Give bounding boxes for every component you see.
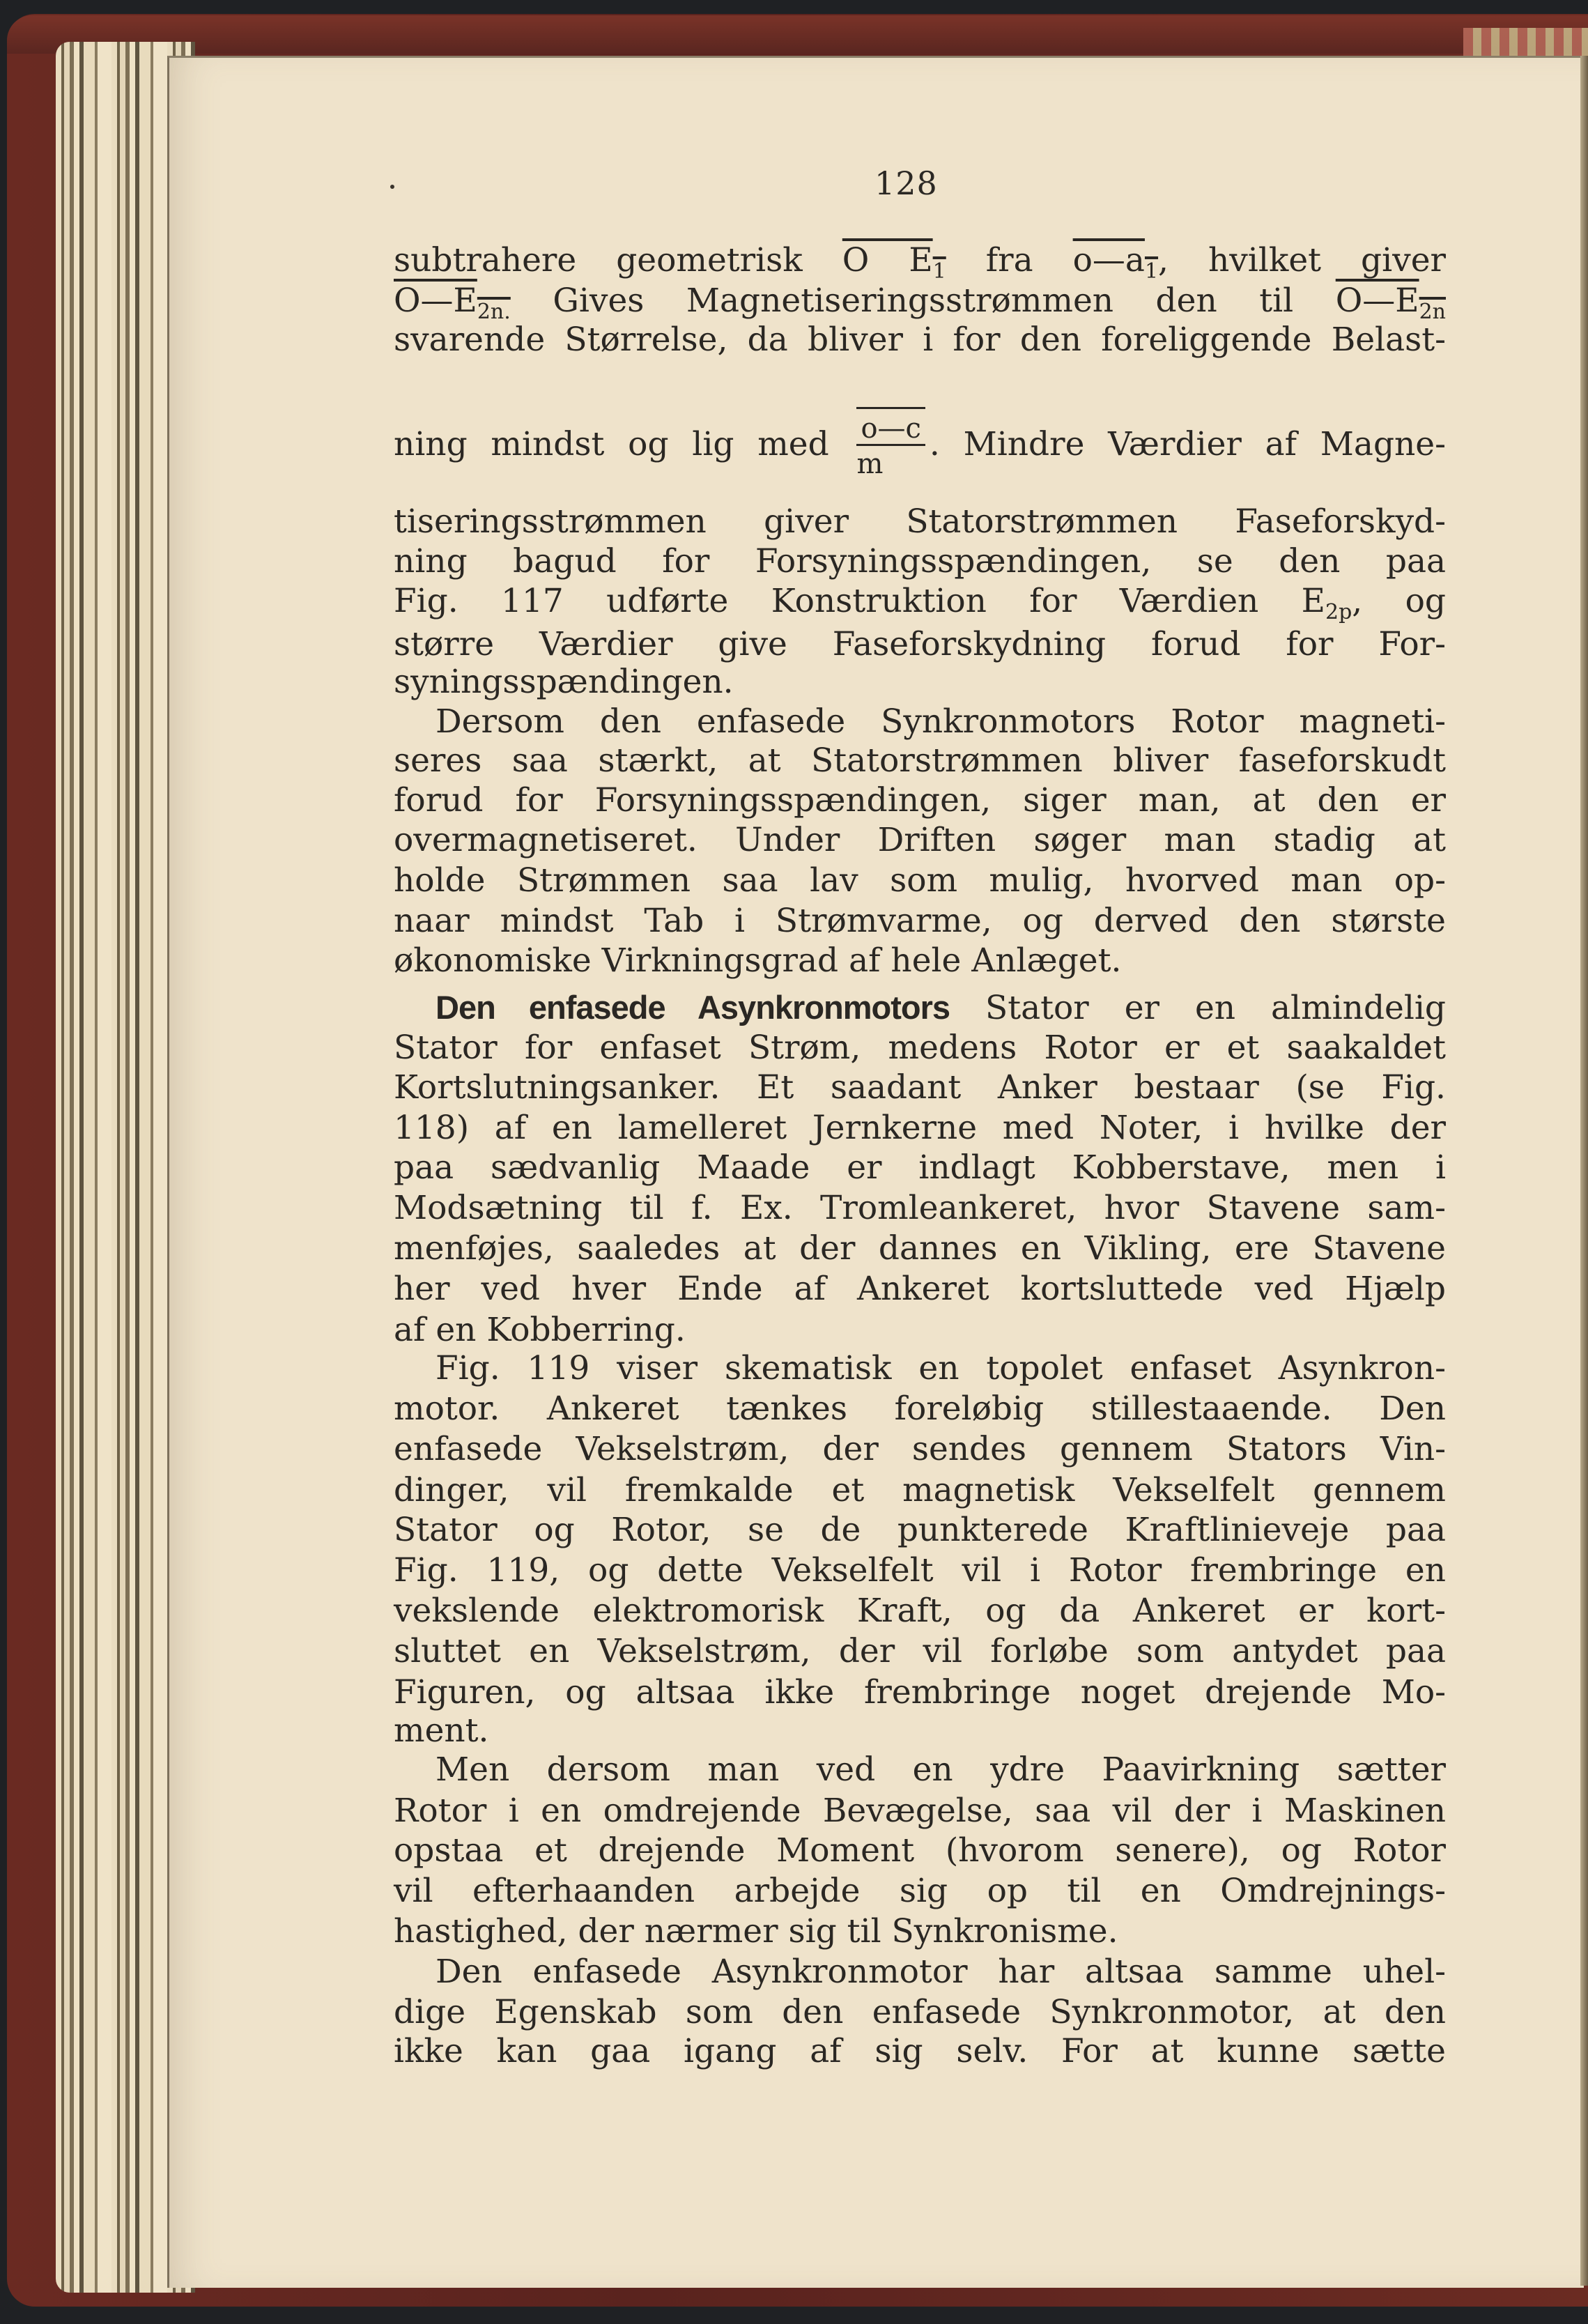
text-line: Figuren, og altsaa ikke frembringe noget… xyxy=(394,1672,1446,1713)
text-line: syningsspændingen. xyxy=(394,662,1446,702)
fraction-oc-over-m: o—cm xyxy=(856,407,925,478)
text-line: ment. xyxy=(394,1711,1446,1751)
paragraph-start: Den enfasede Asynkronmotor har altsaa sa… xyxy=(394,1952,1446,1992)
page-right-edge xyxy=(1580,56,1588,2286)
paragraph-start: Fig. 119 viser skematisk en topolet enfa… xyxy=(394,1348,1446,1389)
vector-OE1: O E1 xyxy=(842,241,946,279)
paragraph-start: Dersom den enfasede Synkronmotors Rotor … xyxy=(394,702,1446,742)
text-line: økonomiske Virkningsgrad af hele Anlæget… xyxy=(394,941,1446,981)
text-line: Rotor i en omdrejende Bevægelse, saa vil… xyxy=(394,1791,1446,1831)
text-line: naar mindst Tab i Strømvarme, og derved … xyxy=(394,901,1446,941)
text-line: seres saa stærkt, at Statorstrømmen bliv… xyxy=(394,741,1446,781)
text-line: svarende Størrelse, da bliver i for den … xyxy=(394,320,1446,360)
text-line: Fig. 119, og dette Vekselfelt vil i Roto… xyxy=(394,1550,1446,1591)
text-line: subtrahere geometrisk O E1 fra o—a1, hvi… xyxy=(394,240,1446,281)
text-line: dige Egenskab som den enfasede Synkronmo… xyxy=(394,1992,1446,2033)
text-line: af en Kobberring. xyxy=(394,1310,1446,1350)
text-line: motor. Ankeret tænkes foreløbig stillest… xyxy=(394,1389,1446,1429)
text-line: opstaa et drejende Moment (hvorom senere… xyxy=(394,1831,1446,1871)
text-line: ikke kan gaa igang af sig selv. For at k… xyxy=(394,2031,1446,2072)
text-line: vekslende elektromorisk Kraft, og da Ank… xyxy=(394,1591,1446,1631)
text-line: større Værdier give Faseforskydning foru… xyxy=(394,624,1446,665)
vector-O-E2n: O—E2n xyxy=(1336,282,1446,320)
text-line: overmagnetiseret. Under Driften søger ma… xyxy=(394,820,1446,861)
section-heading-line: Den enfasede Asynkronmotors Stator er en… xyxy=(394,987,1446,1028)
book-cover-top-edge xyxy=(7,15,1588,54)
text-line: Kortslutningsanker. Et saadant Anker bes… xyxy=(394,1068,1446,1108)
text-line: ning bagud for Forsyningsspændingen, se … xyxy=(394,541,1446,582)
vector-O-E2n: O—E2n. xyxy=(394,282,511,320)
paragraph-start: Men dersom man ved en ydre Paavirkning s… xyxy=(394,1750,1446,1790)
text-line: menføjes, saaledes at der dannes en Vikl… xyxy=(394,1229,1446,1269)
text-line: forud for Forsyningsspændingen, siger ma… xyxy=(394,780,1446,821)
page-number: 128 xyxy=(874,164,938,202)
text-line: her ved hver Ende af Ankeret kortslutted… xyxy=(394,1269,1446,1309)
paper-speck xyxy=(390,185,394,189)
text-line: Stator og Rotor, se de punkterede Kraftl… xyxy=(394,1510,1446,1550)
text-line: hastighed, der nærmer sig til Synkronism… xyxy=(394,1911,1446,1952)
book-headband xyxy=(1463,28,1588,56)
text-line: holde Strømmen saa lav som mulig, hvorve… xyxy=(394,861,1446,901)
text-line: enfasede Vekselstrøm, der sendes gennem … xyxy=(394,1429,1446,1470)
text-line: Modsætning til f. Ex. Tromleankeret, hvo… xyxy=(394,1188,1446,1229)
text-line: 118) af en lamelleret Jernkerne med Note… xyxy=(394,1108,1446,1148)
text-line: paa sædvanlig Maade er indlagt Kobbersta… xyxy=(394,1148,1446,1188)
text-line: Stator for enfaset Strøm, medens Rotor e… xyxy=(394,1028,1446,1068)
text-line: dinger, vil fremkalde et magnetisk Vekse… xyxy=(394,1470,1446,1511)
text-line: O—E2n. Gives Magnetiseringsstrømmen den … xyxy=(394,281,1446,321)
section-heading: Den enfasede Asynkronmotors xyxy=(435,989,950,1026)
text-line: tiseringsstrømmen giver Statorstrømmen F… xyxy=(394,502,1446,542)
text-line: sluttet en Vekselstrøm, der vil forløbe … xyxy=(394,1631,1446,1672)
text-line-with-fraction: ning mindst og lig med o—cm. Mindre Værd… xyxy=(394,411,1446,474)
text-line: vil efterhaanden arbejde sig op til en O… xyxy=(394,1871,1446,1911)
vector-o-a1: o—a1 xyxy=(1073,241,1158,279)
text-line: Fig. 117 udførte Konstruktion for Værdie… xyxy=(394,581,1446,622)
